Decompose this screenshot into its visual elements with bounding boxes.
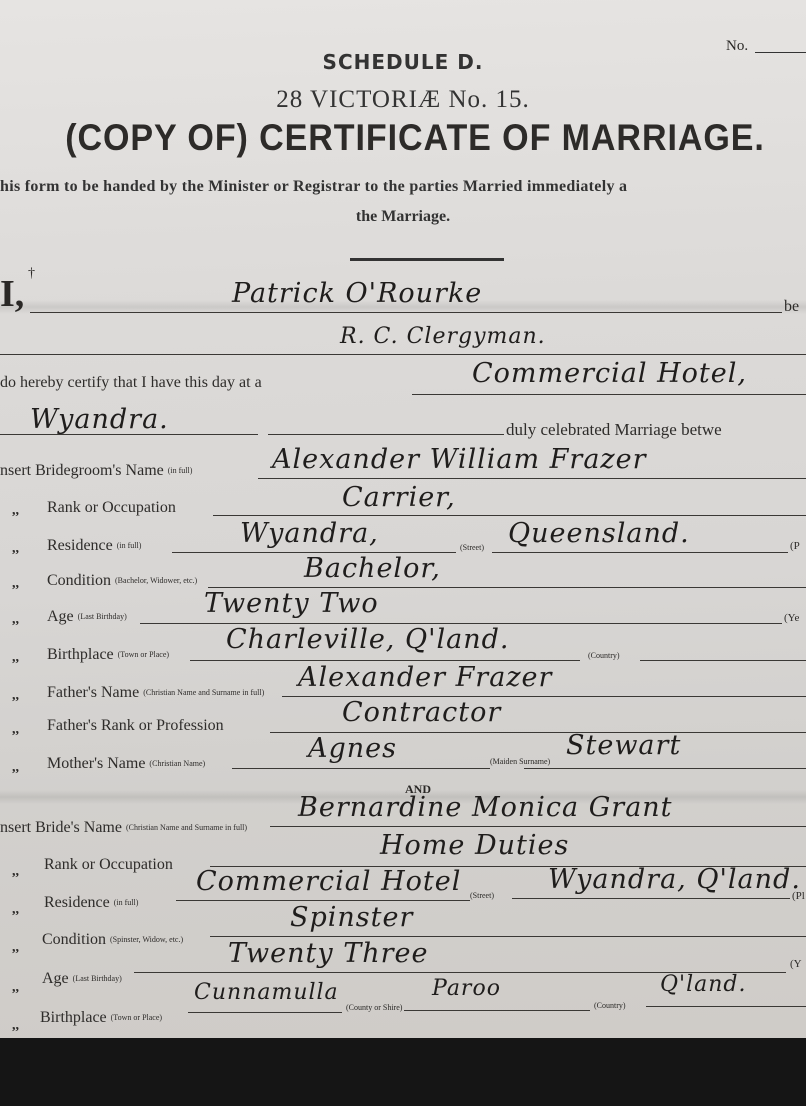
bride-name: Bernardine Monica Grant (298, 792, 673, 823)
bride-country: Q'land. (660, 972, 746, 997)
shire-note: (County or Shire) (346, 1004, 376, 1012)
bridegroom-residence-label: Residence (in full) (47, 537, 141, 555)
instruction-line-1: his form to be handed by the Minister or… (0, 178, 627, 196)
bridegroom-age: Twenty Two (204, 588, 379, 619)
bride-occupation-label: Rank or Occupation (44, 856, 173, 874)
country-note: (Country) (588, 652, 620, 660)
bridegroom-mother-label: Mother's Name (Christian Name) (47, 755, 181, 773)
ditto-mark: ,, (12, 612, 19, 628)
ditto-mark: ,, (12, 864, 19, 880)
bride-condition-line (210, 936, 806, 937)
officiant-name-line (30, 312, 782, 313)
bride-shire: Paroo (432, 976, 501, 1001)
schedule-heading: SCHEDULE D. (0, 50, 806, 74)
bridegroom-street: Queensland. (508, 518, 690, 549)
bridegroom-birthplace-label: Birthplace (Town or Place) (47, 646, 144, 664)
age-tail: (Y (790, 958, 802, 970)
bride-street: Wyandra, Q'land. (548, 864, 801, 895)
bridegroom-mother-christian: Agnes (308, 733, 397, 764)
age-tail: (Ye (784, 612, 799, 624)
bridegroom-name: Alexander William Frazer (272, 444, 647, 475)
country-note: (Country) (594, 1002, 626, 1010)
maiden-note: (Maiden Surname) (490, 758, 520, 766)
officiant-suffix: be (784, 298, 799, 316)
celebrated-text: duly celebrated Marriage betwe (506, 420, 722, 440)
bridegroom-occupation-label: Rank or Occupation (47, 499, 176, 517)
certificate-title: (COPY OF) CERTIFICATE OF MARRIAGE. (33, 117, 797, 159)
ditto-mark: ,, (12, 576, 19, 592)
bridegroom-age-label: Age (Last Birthday) (47, 608, 104, 626)
ditto-mark: ,, (12, 902, 19, 918)
ditto-mark: ,, (12, 1018, 19, 1034)
street-note: (Street) (470, 892, 494, 900)
bridegroom-birthplace: Charleville, Q'land. (226, 624, 510, 655)
bridegroom-name-line (258, 478, 806, 479)
bride-residence-label: Residence (in full) (44, 894, 138, 912)
bridegroom-condition-label: Condition (Bachelor, Widower, etc.) (47, 572, 159, 590)
marriage-certificate: No. SCHEDULE D. 28 VICTORIÆ No. 15. (COP… (0, 0, 806, 1038)
dagger-mark: † (28, 266, 35, 282)
bride-condition: Spinster (290, 902, 413, 933)
bridegroom-country-line (640, 660, 806, 661)
bridegroom-residence: Wyandra, (240, 518, 379, 549)
officiant-title-line (0, 354, 806, 355)
officiant-name: Patrick O'Rourke (232, 278, 482, 309)
bride-age: Twenty Three (228, 938, 428, 969)
bridegroom-street-line (492, 552, 788, 553)
bride-name-line (270, 826, 806, 827)
certify-text: do hereby certify that I have this day a… (0, 374, 262, 392)
ditto-mark: ,, (12, 688, 19, 704)
ditto-mark: ,, (12, 760, 19, 776)
bridegroom-father-rank-label: Father's Rank or Profession (47, 717, 224, 735)
ditto-mark: ,, (12, 541, 19, 557)
ditto-mark: ,, (12, 940, 19, 956)
act-reference: 28 VICTORIÆ No. 15. (0, 86, 806, 114)
bridegroom-father-label: Father's Name (Christian Name and Surnam… (47, 684, 225, 702)
ditto-mark: ,, (12, 650, 19, 666)
place-line-2b (268, 434, 504, 435)
place-line-1-value: Commercial Hotel, (472, 358, 747, 389)
divider-rule (350, 258, 504, 261)
bridegroom-mother-maiden-line (524, 768, 806, 769)
residence-tail: (Pl (792, 890, 805, 902)
ditto-mark: ,, (12, 722, 19, 738)
instruction-line-2: the Marriage. (0, 208, 806, 226)
bridegroom-condition: Bachelor, (304, 553, 441, 584)
bride-birthplace: Cunnamulla (194, 980, 339, 1005)
officiant-title: R. C. Clergyman. (340, 324, 546, 349)
bridegroom-mother-christian-line (232, 768, 490, 769)
bride-name-label: nsert Bride's Name (Christian Name and S… (0, 819, 206, 837)
bride-birthplace-line (188, 1012, 342, 1013)
place-line-1 (412, 394, 806, 395)
bride-residence-line (176, 900, 470, 901)
bride-street-line (512, 898, 790, 899)
bridegroom-mother-maiden: Stewart (566, 730, 681, 761)
bridegroom-father: Alexander Frazer (298, 662, 552, 693)
bride-age-label: Age (Last Birthday) (42, 970, 99, 988)
bride-occupation: Home Duties (380, 830, 569, 861)
street-note: (Street) (460, 544, 484, 552)
officiant-prefix: I, (0, 272, 24, 316)
bride-country-line (646, 1006, 806, 1007)
residence-tail: (P (790, 540, 800, 552)
ditto-mark: ,, (12, 980, 19, 996)
bridegroom-father-rank: Contractor (342, 697, 501, 728)
ditto-mark: ,, (12, 503, 19, 519)
bridegroom-name-label: nsert Bridegroom's Name (in full) (0, 462, 192, 480)
bride-birthplace-label: Birthplace (Town or Place) (40, 1009, 137, 1027)
bride-shire-line (404, 1010, 590, 1011)
bride-residence: Commercial Hotel (196, 866, 461, 897)
bridegroom-birthplace-line (190, 660, 580, 661)
bridegroom-occupation-line (213, 515, 806, 516)
bridegroom-occupation: Carrier, (342, 482, 456, 513)
place-line-2-value: Wyandra. (30, 404, 169, 435)
bride-condition-label: Condition (Spinster, Widow, etc.) (42, 931, 150, 949)
